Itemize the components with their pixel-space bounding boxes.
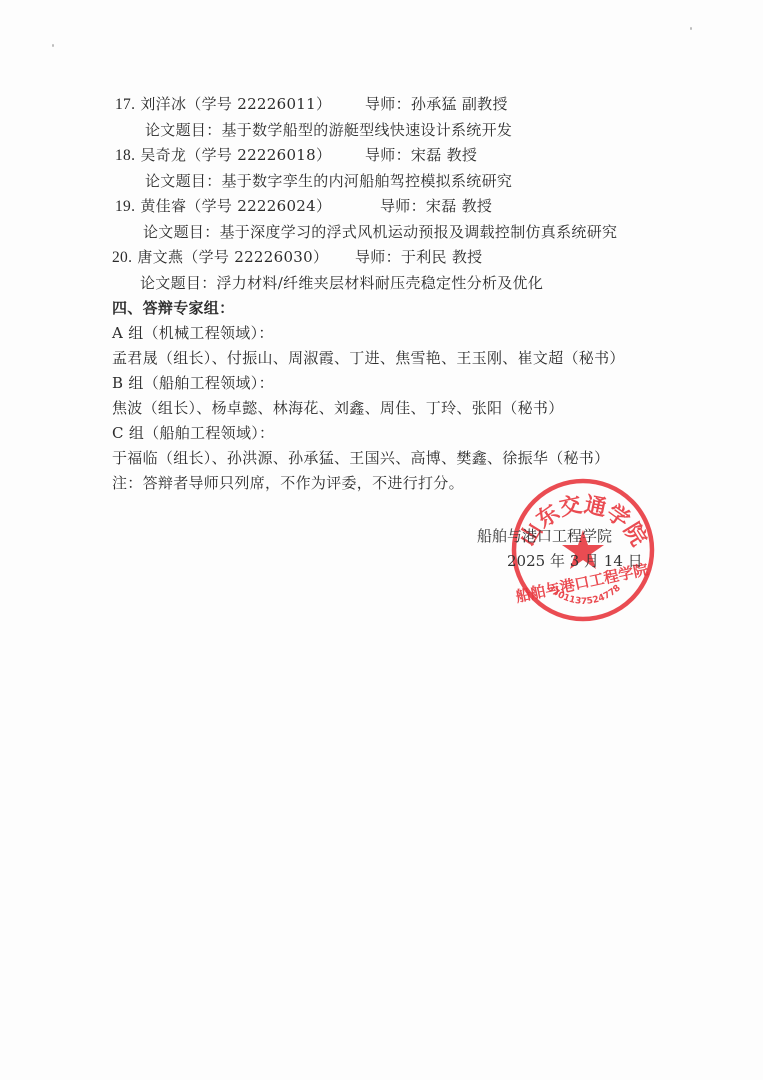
student-row-17: 17. 刘洋冰（学号 22226011） <box>115 95 331 114</box>
advisor-19: 导师：宋磊 教授 <box>380 197 492 215</box>
student-id: （学号 22226030） <box>183 248 328 266</box>
signature-org: 船舶与港口工程学院 <box>477 525 612 546</box>
student-id: （学号 22226024） <box>186 197 331 215</box>
student-row-18: 18. 吴奇龙（学号 22226018） <box>115 146 331 165</box>
svg-text:3701137524778: 3701137524778 <box>545 583 623 606</box>
student-name: 唐文燕 <box>137 248 183 266</box>
student-name: 吴奇龙 <box>140 146 186 164</box>
advisor-20: 导师：于利民 教授 <box>355 248 482 266</box>
committee-heading: 四、答辩专家组： <box>112 299 234 317</box>
student-index: 19. <box>115 198 135 215</box>
student-index: 18. <box>115 147 135 164</box>
student-name: 黄佳睿 <box>140 197 186 215</box>
scan-speck <box>690 27 692 30</box>
advisor-17: 导师：孙承猛 副教授 <box>365 95 508 113</box>
group-a-members: 孟君晟（组长）、付振山、周淑霞、丁进、焦雪艳、王玉刚、崔文超（秘书） <box>112 349 625 367</box>
student-row-19: 19. 黄佳睿（学号 22226024） <box>115 197 331 216</box>
student-row-20: 20. 唐文燕（学号 22226030） <box>112 248 328 267</box>
scan-speck <box>52 44 54 47</box>
thesis-title-17: 论文题目：基于数学船型的游艇型线快速设计系统开发 <box>145 121 512 139</box>
group-b-members: 焦波（组长）、杨卓懿、林海花、刘鑫、周佳、丁玲、张阳（秘书） <box>112 399 564 417</box>
group-c-members: 于福临（组长）、孙洪源、孙承猛、王国兴、高博、樊鑫、徐振华（秘书） <box>112 449 609 467</box>
student-id: （学号 22226011） <box>186 95 331 113</box>
group-c-title: C 组（船舶工程领域）： <box>112 424 274 442</box>
thesis-title-20: 论文题目：浮力材料/纤维夹层材料耐压壳稳定性分析及优化 <box>140 274 543 292</box>
advisor-18: 导师：宋磊 教授 <box>365 146 477 164</box>
signature-date: 2025 年 3 月 14 日 <box>507 550 643 571</box>
thesis-title-18: 论文题目：基于数字孪生的内河船舶驾控模拟系统研究 <box>145 172 512 190</box>
committee-note: 注：答辩者导师只列席，不作为评委，不进行打分。 <box>112 474 464 492</box>
student-index: 17. <box>115 96 135 113</box>
student-id: （学号 22226018） <box>186 146 331 164</box>
student-name: 刘洋冰 <box>140 95 186 113</box>
thesis-title-19: 论文题目：基于深度学习的浮式风机运动预报及调载控制仿真系统研究 <box>143 223 617 241</box>
group-a-title: A 组（机械工程领域）： <box>112 324 274 342</box>
student-index: 20. <box>112 249 132 266</box>
group-b-title: B 组（船舶工程领域）： <box>112 374 274 392</box>
